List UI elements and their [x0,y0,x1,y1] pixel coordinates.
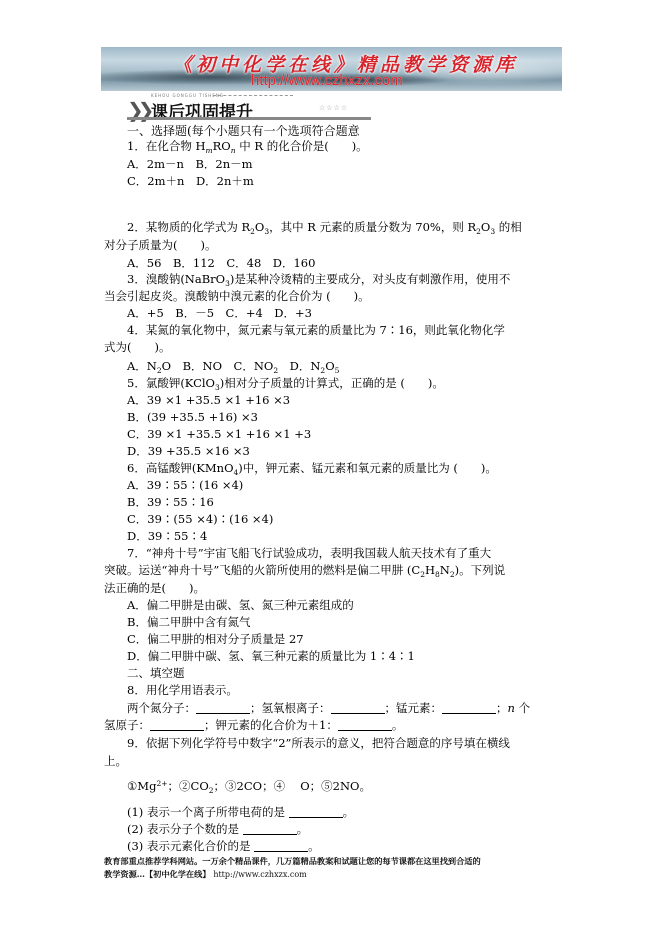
option-c[interactable]: C．2m＋n [127,174,184,188]
answer-blank[interactable] [254,840,308,852]
footer-line2: 教学资源…【初中化学在线】 http://www.czhxzx.com [104,869,307,880]
divider [213,95,293,96]
answer-blank[interactable] [442,702,496,714]
section-header: ❯❯ KEHOU GONGGU TISHENG 课后巩固提升 ☆☆☆☆ [127,93,371,119]
question-7-option-a[interactable]: A．偏二甲肼是由碳、氢、氮三种元素组成的 [127,598,354,612]
question-9-symbols: ①Mg2+；②CO2；③2CO；④ O；⑤2NO。 [127,779,371,793]
question-7-option-c[interactable]: C．偏二甲肼的相对分子质量是 27 [127,632,304,646]
footer-url-link[interactable]: http://www.czhxzx.com [213,870,306,879]
answer-blank[interactable] [150,719,204,731]
question-2-line2: 对分子质量为( )。 [104,238,216,252]
question-4-options: A．N2O B．NO C．NO2 D．N2O5 [127,359,339,373]
footer-line1: 教育部重点推荐学科网站。一万余个精品课件，几万篇精品教案和试题让您的每节课都在这… [104,856,481,867]
part2-heading: 二、填空题 [127,666,185,680]
banner-url[interactable]: http://www.czhxzx.com [251,72,403,89]
option-a[interactable]: A．2m－n [127,157,184,171]
question-5-option-d[interactable]: D．39 +35.5 ×16 ×3 [127,444,250,458]
question-8-stem: 8．用化学用语表示。 [127,683,238,697]
question-9-sub1: (1) 表示一个离子所带电荷的是 。 [127,805,354,819]
question-3-line2: 当会引起皮炎。溴酸钠中溴元素的化合价为 ( )。 [104,289,370,303]
question-9-sub3: (3) 表示元素化合价的是 。 [127,839,320,853]
question-5-option-b[interactable]: B．(39 +35.5 +16) ×3 [127,410,258,424]
question-6-stem: 6．高锰酸钾(KMnO4)中，钾元素、锰元素和氧元素的质量比为 ( )。 [127,461,497,475]
question-5-option-a[interactable]: A．39 ×1 +35.5 ×1 +16 ×3 [127,393,290,407]
question-7-line1: 7．“神舟十号”宇宙飞船飞行试验成功，表明我国载人航天技术有了重大 [127,546,491,560]
question-7-option-b[interactable]: B．偏二甲肼中含有氮气 [127,615,250,629]
answer-blank[interactable] [338,719,392,731]
question-2-line1: 2．某物质的化学式为 R2O3，其中 R 元素的质量分数为 70%，则 R2O3… [127,220,522,234]
question-2-options: A．56 B．112 C．48 D．160 [127,256,315,270]
question-7-line3: 法正确的是( )。 [104,581,205,595]
question-3-options: A．+5 B．－5 C．+4 D．+3 [127,306,312,320]
question-5-stem: 5．氯酸钾(KClO3)相对分子质量的计算式，正确的是 ( )。 [127,376,444,390]
question-8-line2: 氢原子：；钾元素的化合价为＋1：。 [104,718,403,732]
question-8-line1: 两个氮分子：；氢氧根离子：；锰元素：；n 个 [127,701,530,715]
option-d[interactable]: D．2n＋m [196,174,254,188]
answer-blank[interactable] [331,702,385,714]
question-7-line2: 突破。运送“神舟十号”飞船的火箭所使用的燃料是偏二甲肼 (C2H8N2)。下列说 [104,563,505,577]
question-4-line1: 4．某氮的氧化物中，氮元素与氧元素的质量比为 7∶16，则此氧化物化学 [127,323,505,337]
question-4-line2: 式为( )。 [104,340,170,354]
question-1-options-ab: A．2m－n B．2n－m [127,157,253,171]
question-9-line1: 9．依据下列化学符号中数字“2”所表示的意义，把符合题意的序号填在横线 [127,736,510,750]
question-6-option-a[interactable]: A．39∶55∶(16 ×4) [127,478,243,492]
question-9-sub2: (2) 表示分子个数的是 。 [127,822,308,836]
question-6-option-b[interactable]: B．39∶55∶16 [127,495,214,509]
answer-blank[interactable] [196,702,250,714]
answer-blank[interactable] [289,806,343,818]
question-1-stem: 1．在化合物 HmROn 中 R 的化合价是( )。 [127,139,368,153]
star-rating-icon: ☆☆☆☆ [319,104,348,112]
divider [127,117,371,120]
question-6-option-d[interactable]: D．39∶55∶4 [127,529,207,543]
question-3-line1: 3．溴酸钠(NaBrO3)是某种冷烫精的主要成分，对头皮有刺激作用，使用不 [127,272,510,286]
question-1-options-cd: C．2m＋n D．2n＋m [127,174,254,188]
header-banner: 《初中化学在线》精品教学资源库 http://www.czhxzx.com [101,47,562,91]
question-7-option-d[interactable]: D．偏二甲肼中碳、氢、氧三种元素的质量比为 1∶4∶1 [127,649,415,663]
option-b[interactable]: B．2n－m [195,157,252,171]
question-9-line2: 上。 [104,754,127,768]
answer-blank[interactable] [243,823,297,835]
part1-heading: 一、选择题(每个小题只有一个选项符合题意 [127,124,360,138]
question-6-option-c[interactable]: C．39∶(55 ×4)∶(16 ×4) [127,512,273,526]
question-5-option-c[interactable]: C．39 ×1 +35.5 ×1 +16 ×1 +3 [127,427,311,441]
